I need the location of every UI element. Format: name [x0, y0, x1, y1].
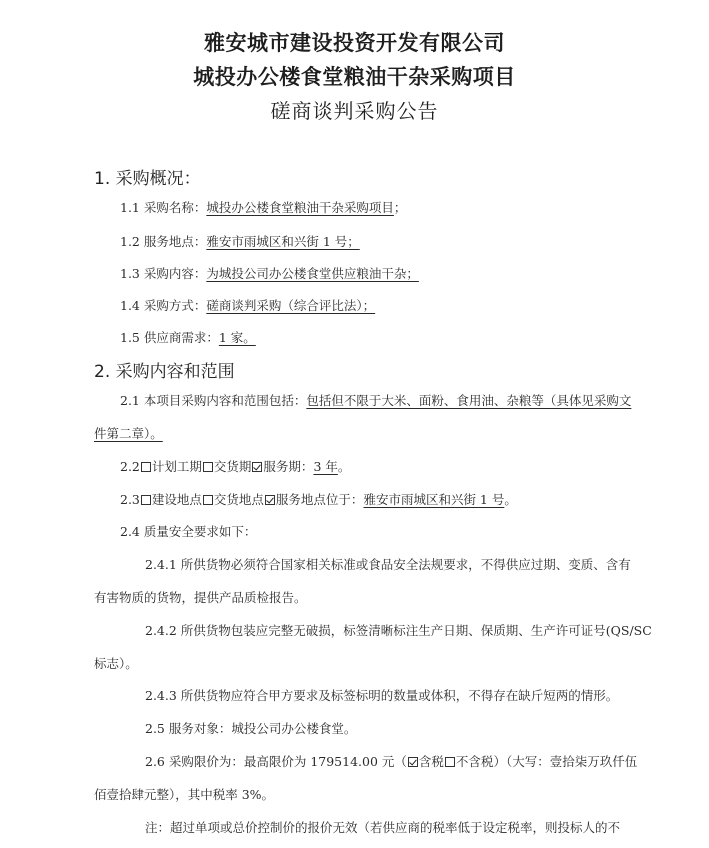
document-page: 雅安城市建设投资开发有限公司 城投办公楼食堂粮油干杂采购项目 磋商谈判采购公告 …: [0, 0, 709, 848]
item-1-2-value: 雅安市雨城区和兴街 1 号；: [206, 234, 359, 249]
option-service-period: 服务期：: [263, 459, 313, 474]
item-2-2: 2.2计划工期交货期服务期：3 年。: [120, 459, 350, 475]
item-2-3-prefix: 2.3: [120, 492, 140, 507]
item-2-3: 2.3建设地点交货地点服务地点位于：雅安市雨城区和兴街 1 号。: [120, 492, 517, 508]
item-2-2-suffix: 。: [338, 459, 351, 474]
item-2-4-1-line1: 2.4.1 所供货物必须符合国家相关标准或食品安全法规要求，不得供应过期、变质、…: [145, 557, 631, 573]
item-2-1-label: 2.1 本项目采购内容和范围包括：: [120, 393, 306, 408]
option-tax-included: 含税: [419, 754, 444, 769]
item-2-4-2-line2: 标志）。: [94, 656, 138, 672]
service-period-value: 3 年: [313, 459, 337, 474]
option-service-location: 服务地点位于：: [276, 492, 364, 507]
item-2-1-line2: 件第二章）。: [94, 426, 163, 442]
checkbox-service-location[interactable]: [265, 495, 275, 505]
item-2-5: 2.5 服务对象：城投公司办公楼食堂。: [145, 721, 356, 737]
item-1-2-label: 1.2 服务地点：: [120, 234, 206, 249]
option-delivery-period: 交货期: [214, 459, 252, 474]
item-1-1-label: 1.1 采购名称：: [120, 200, 206, 215]
item-2-4: 2.4 质量安全要求如下：: [120, 524, 256, 540]
checkbox-tax-included[interactable]: [408, 757, 418, 767]
checkbox-delivery-location[interactable]: [203, 495, 213, 505]
checkbox-delivery-period[interactable]: [203, 462, 213, 472]
price-limit-text: 2.6 采购限价为：最高限价为 179514.00 元（: [145, 754, 407, 769]
item-2-3-suffix: 。: [504, 492, 517, 507]
item-1-1-suffix: ；: [394, 200, 407, 215]
item-1-4: 1.4 采购方式：磋商谈判采购（综合评比法）；: [120, 298, 375, 314]
option-delivery-location: 交货地点: [214, 492, 264, 507]
checkbox-service-period[interactable]: [252, 462, 262, 472]
option-tax-excluded: 不含税: [456, 754, 494, 769]
note-text: 注：超过单项或总价控制价的报价无效（若供应商的税率低于设定税率，则投标人的不: [145, 820, 620, 836]
item-1-5-label: 1.5 供应商需求：: [120, 330, 219, 345]
company-title: 雅安城市建设投资开发有限公司: [0, 27, 709, 57]
section-2-heading: 2. 采购内容和范围: [94, 357, 235, 382]
service-location-value: 雅安市雨城区和兴街 1 号: [363, 492, 504, 507]
item-2-4-1-line2: 有害物质的货物，提供产品质检报告。: [94, 590, 307, 606]
checkbox-tax-excluded[interactable]: [445, 757, 455, 767]
item-1-3-label: 1.3 采购内容：: [120, 266, 206, 281]
item-2-1-value-line1: 包括但不限于大米、面粉、食用油、杂粮等（具体见采购文: [306, 393, 631, 408]
item-1-1-value: 城投办公楼食堂粮油干杂采购项目: [206, 200, 394, 215]
item-1-4-label: 1.4 采购方式：: [120, 298, 206, 313]
item-1-4-value: 磋商谈判采购（综合评比法）；: [206, 298, 375, 313]
item-1-5-value: 1 家。: [219, 330, 256, 345]
project-title: 城投办公楼食堂粮油干杂采购项目: [0, 61, 709, 91]
item-2-1-value-line2: 件第二章）。: [94, 426, 163, 441]
item-2-6-line2: 佰壹拾肆元整），其中税率 3%。: [94, 787, 274, 803]
item-1-5: 1.5 供应商需求：1 家。: [120, 330, 256, 346]
item-2-2-prefix: 2.2: [120, 459, 140, 474]
item-1-3: 1.3 采购内容：为城投公司办公楼食堂供应粮油干杂；: [120, 266, 419, 282]
price-uppercase-text: ）（大写：壹拾柒万玖仟伍: [493, 754, 637, 769]
item-2-6-line1: 2.6 采购限价为：最高限价为 179514.00 元（含税不含税）（大写：壹拾…: [145, 754, 637, 770]
item-2-4-3: 2.4.3 所供货物应符合甲方要求及标签标明的数量或体积，不得存在缺斤短两的情形…: [145, 688, 618, 704]
item-1-1: 1.1 采购名称：城投办公楼食堂粮油干杂采购项目；: [120, 200, 406, 216]
item-1-3-value: 为城投公司办公楼食堂供应粮油干杂；: [206, 266, 419, 281]
option-planned-duration: 计划工期: [152, 459, 202, 474]
item-2-1-line1: 2.1 本项目采购内容和范围包括：包括但不限于大米、面粉、食用油、杂粮等（具体见…: [120, 393, 631, 409]
checkbox-planned-duration[interactable]: [141, 462, 151, 472]
option-construction-site: 建设地点: [152, 492, 202, 507]
notice-title: 磋商谈判采购公告: [0, 95, 709, 124]
item-2-4-2-line1: 2.4.2 所供货物包装应完整无破损，标签清晰标注生产日期、保质期、生产许可证号…: [145, 623, 652, 639]
checkbox-construction-site[interactable]: [141, 495, 151, 505]
item-1-2: 1.2 服务地点：雅安市雨城区和兴街 1 号；: [120, 234, 360, 250]
section-1-heading: 1. 采购概况：: [94, 164, 201, 189]
